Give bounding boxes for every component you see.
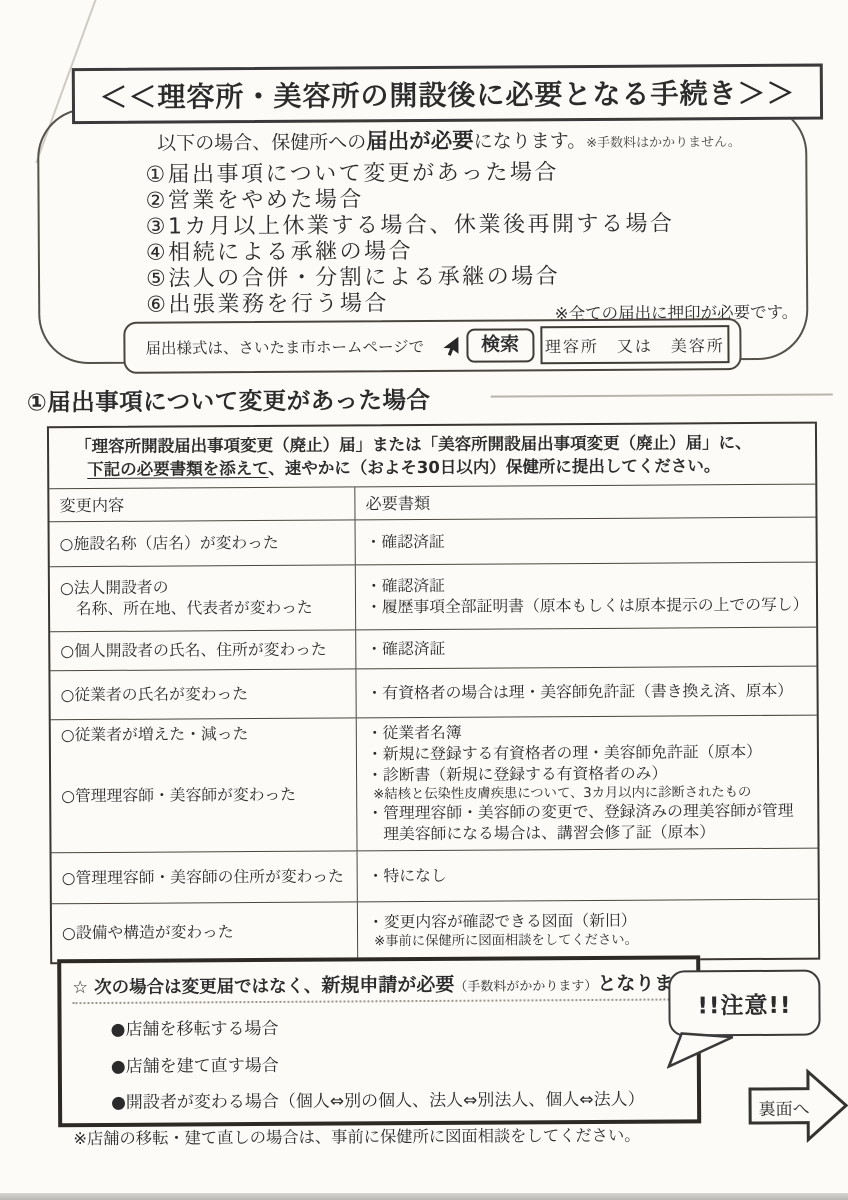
table-row: ○法人開設者の 名称、所在地、代表者が変わった・確認済証・履歴事項全部証明書（原… [50,562,816,632]
back-page-label: 裏面へ [755,1095,813,1120]
page-title: ＜＜理容所・美容所の開設後に必要となる手続き＞＞ [72,64,823,125]
callout-tail [667,1030,739,1068]
documents-cell: ・変更内容が確認できる図面（新旧）※事前に保健所に図面相談をしてください。 [357,900,818,961]
documents-cell: ・従業者名簿・新規に登録する有資格者の理・美容師免許証（原本）・診断書（新規に登… [356,716,818,851]
case-item: ⑤法人の合併・分割による承継の場合 [146,263,675,292]
notice-bullet: ●店舗を建て直す場合 [111,1048,687,1077]
table-row: ○従業者の氏名が変わった・有資格者の場合は理・美容師免許証（書き換え済、原本） [50,666,816,720]
new-application-notice-box: ☆ 次の場合は変更届ではなく、新規申請が必要（手数料がかかります）となります。 … [57,955,701,1127]
table-intro: 「理容所開設届出事項変更（廃止）届」または「美容所開設届出事項変更（廃止）届」に… [49,424,815,489]
column-header-documents: 必要書類 [354,485,815,520]
notice-heading: ☆ 次の場合は変更届ではなく、新規申請が必要（手数料がかかります）となります。 [72,968,686,1004]
table-row: ○管理理容師・美容師の住所が変わった・特になし [52,848,818,904]
scan-bottom-edge [0,1193,848,1200]
mouse-cursor-icon [436,335,460,363]
required-documents-table: 「理容所開設届出事項変更（廃止）届」または「美容所開設届出事項変更（廃止）届」に… [47,422,820,965]
change-cell: ○従業者が増えた・減った○管理理容師・美容師が変わった [51,719,357,853]
attention-callout: !!注意!! [668,970,820,1037]
search-instruction: 届出様式は、さいたま市ホームページで [145,335,424,359]
table-row: ○従業者が増えた・減った○管理理容師・美容師が変わった・従業者名簿・新規に登録す… [51,715,818,853]
scanned-document-page: ＜＜理容所・美容所の開設後に必要となる手続き＞＞ 以下の場合、保健所への届出が必… [0,0,848,1200]
notice-footnote: ※店舗の移転・建て直しの場合は、事前に保健所に図面相談をしてください。 [73,1121,687,1149]
notice-bullet: ●店舗を移転する場合 [111,1011,687,1040]
case-item: ④相続による承継の場合 [146,237,675,266]
table-row: ○個人開設者の氏名、住所が変わった・確認済証 [50,627,816,671]
section1-heading: ①届出事項について変更があった場合 [27,381,431,417]
documents-cell: ・確認済証 [355,518,816,565]
notice-bullet: ●開設者が変わる場合（個人⇔別の個人、法人⇔別法人、個人⇔法人） [111,1084,687,1113]
documents-cell: ・確認済証・履歴事項全部証明書（原本もしくは原本提示の上での写し） [355,563,816,630]
change-cell: ○個人開設者の氏名、住所が変わった [50,631,355,671]
change-cell: ○設備や構造が変わった [52,903,357,963]
table-row: ○施設名称（店名）が変わった・確認済証 [50,517,816,567]
panel-subtitle: 以下の場合、保健所への届出が必要になります。※手数料はかかりません。 [157,122,741,157]
column-header-change: 変更内容 [49,488,354,522]
search-keywords-input[interactable]: 理容所 又は 美容所 [540,325,730,364]
change-cell: ○施設名称（店名）が変わった [50,521,355,567]
change-cell: ○法人開設者の 名称、所在地、代表者が変わった [50,566,355,632]
search-bar: 届出様式は、さいたま市ホームページで 検索 理容所 又は 美容所 [123,318,741,374]
case-item: ③1カ月以上休業する場合、休業後再開する場合 [146,211,675,240]
documents-cell: ・確認済証 [355,628,816,669]
documents-cell: ・特になし [357,849,818,902]
change-cell: ○従業者の氏名が変わった [50,670,355,720]
documents-cell: ・有資格者の場合は理・美容師免許証（書き換え済、原本） [355,667,816,718]
case-item: ①届出事項について変更があった場合 [145,159,674,188]
table-header-row: 変更内容 必要書類 [49,484,815,522]
search-button[interactable]: 検索 [466,328,534,363]
table-row: ○設備や構造が変わった・変更内容が確認できる図面（新旧）※事前に保健所に図面相談… [52,899,818,963]
case-item: ②営業をやめた場合 [145,185,674,214]
notice-bullet-list: ●店舗を移転する場合●店舗を建て直す場合●開設者が変わる場合（個人⇔別の個人、法… [111,1011,688,1113]
change-cell: ○管理理容師・美容師の住所が変わった [52,852,357,904]
heading-rule [491,393,833,397]
case-list: ①届出事項について変更があった場合②営業をやめた場合③1カ月以上休業する場合、休… [145,159,675,318]
